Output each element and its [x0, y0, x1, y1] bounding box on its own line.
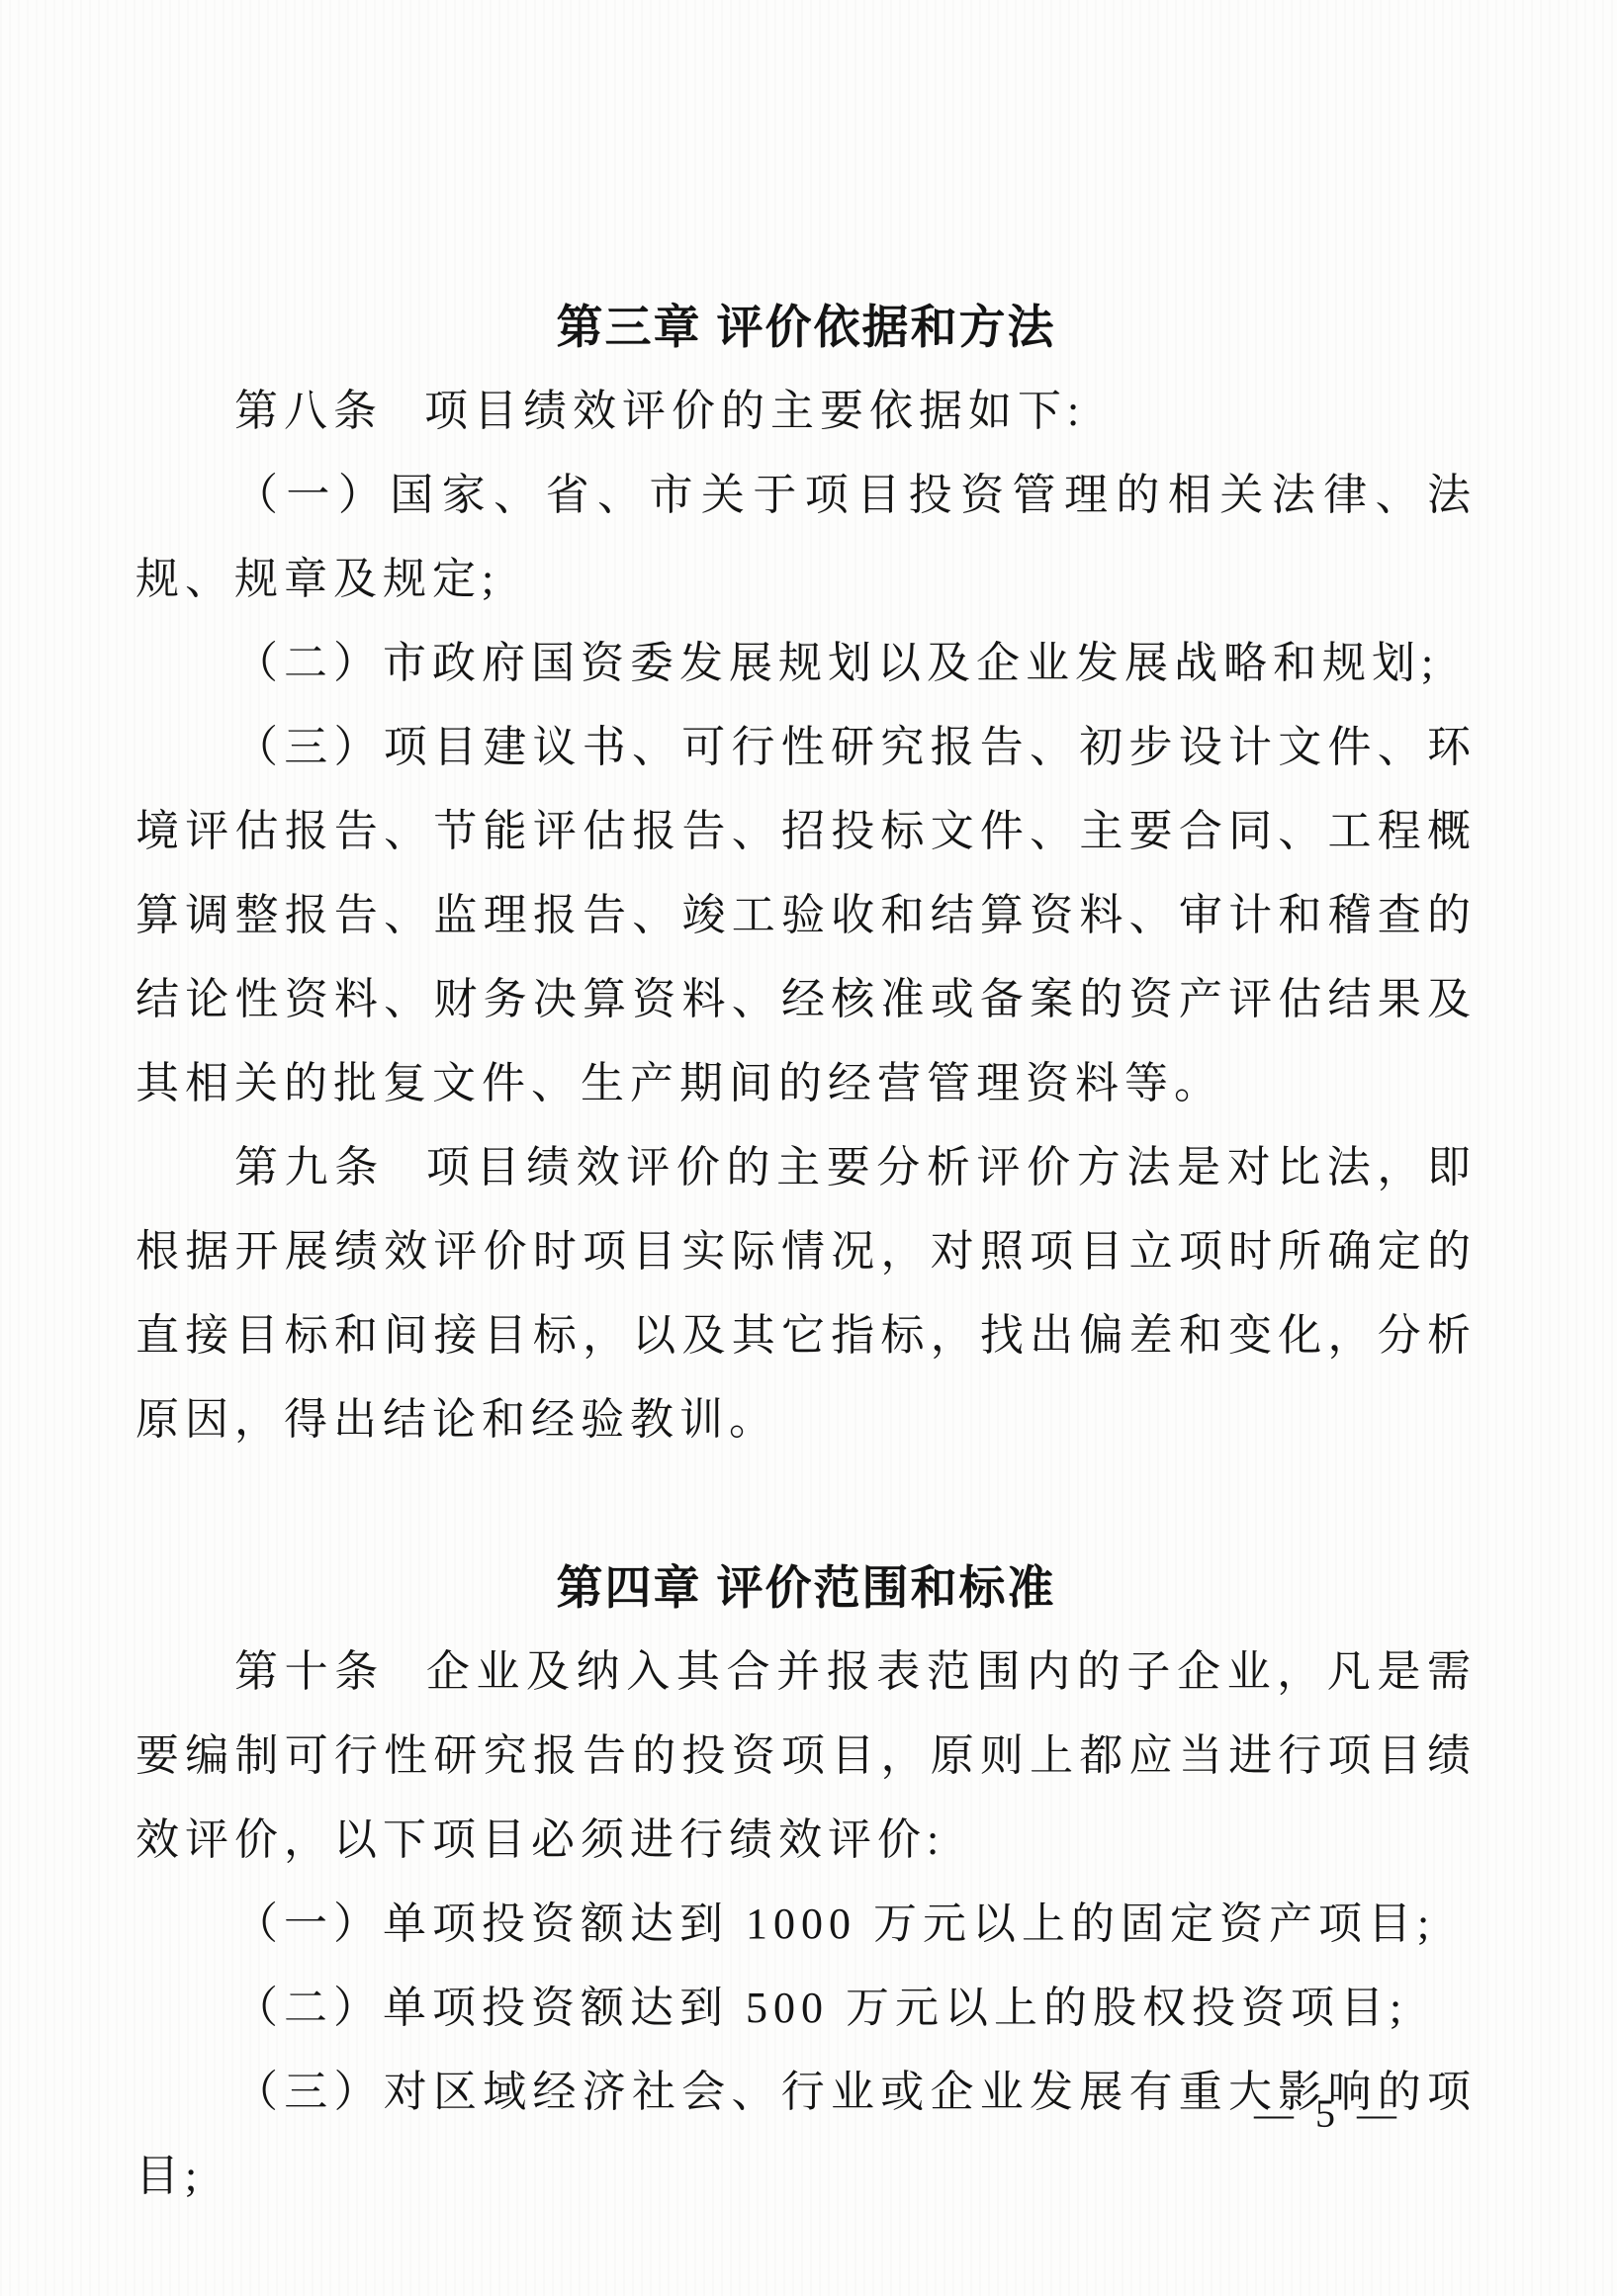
chapter-3-item-2: （二）市政府国资委发展规划以及企业发展战略和规划;: [135, 621, 1477, 705]
article-8-text: 项目绩效评价的主要依据如下:: [424, 387, 1085, 435]
article-10-number: 第十条: [234, 1647, 385, 1696]
article-8-paragraph: 第八条项目绩效评价的主要依据如下:: [135, 369, 1477, 453]
article-9-paragraph: 第九条项目绩效评价的主要分析评价方法是对比法，即根据开展绩效评价时项目实际情况，…: [135, 1125, 1477, 1461]
page-number: — 5 —: [1254, 2084, 1402, 2144]
article-8-number: 第八条: [234, 387, 383, 435]
chapter-3-item-1: （一）国家、省、市关于项目投资管理的相关法律、法规、规章及规定;: [135, 453, 1477, 621]
chapter-4-heading: 第四章 评价范围和标准: [135, 1545, 1477, 1630]
chapter-4-item-2: （二）单项投资额达到 500 万元以上的股权投资项目;: [135, 1966, 1477, 2050]
chapter-4-item-1: （一）单项投资额达到 1000 万元以上的固定资产项目;: [135, 1882, 1477, 1966]
page-content: 第三章 评价依据和方法 第八条项目绩效评价的主要依据如下: （一）国家、省、市关…: [135, 285, 1477, 2218]
chapter-3-heading: 第三章 评价依据和方法: [135, 285, 1477, 369]
article-10-paragraph: 第十条企业及纳入其合并报表范围内的子企业，凡是需要编制可行性研究报告的投资项目，…: [135, 1630, 1477, 1882]
document-page: 第三章 评价依据和方法 第八条项目绩效评价的主要依据如下: （一）国家、省、市关…: [0, 0, 1617, 2296]
chapter-3-item-3: （三）项目建议书、可行性研究报告、初步设计文件、环境评估报告、节能评估报告、招投…: [135, 705, 1477, 1125]
article-9-number: 第九条: [234, 1143, 385, 1192]
